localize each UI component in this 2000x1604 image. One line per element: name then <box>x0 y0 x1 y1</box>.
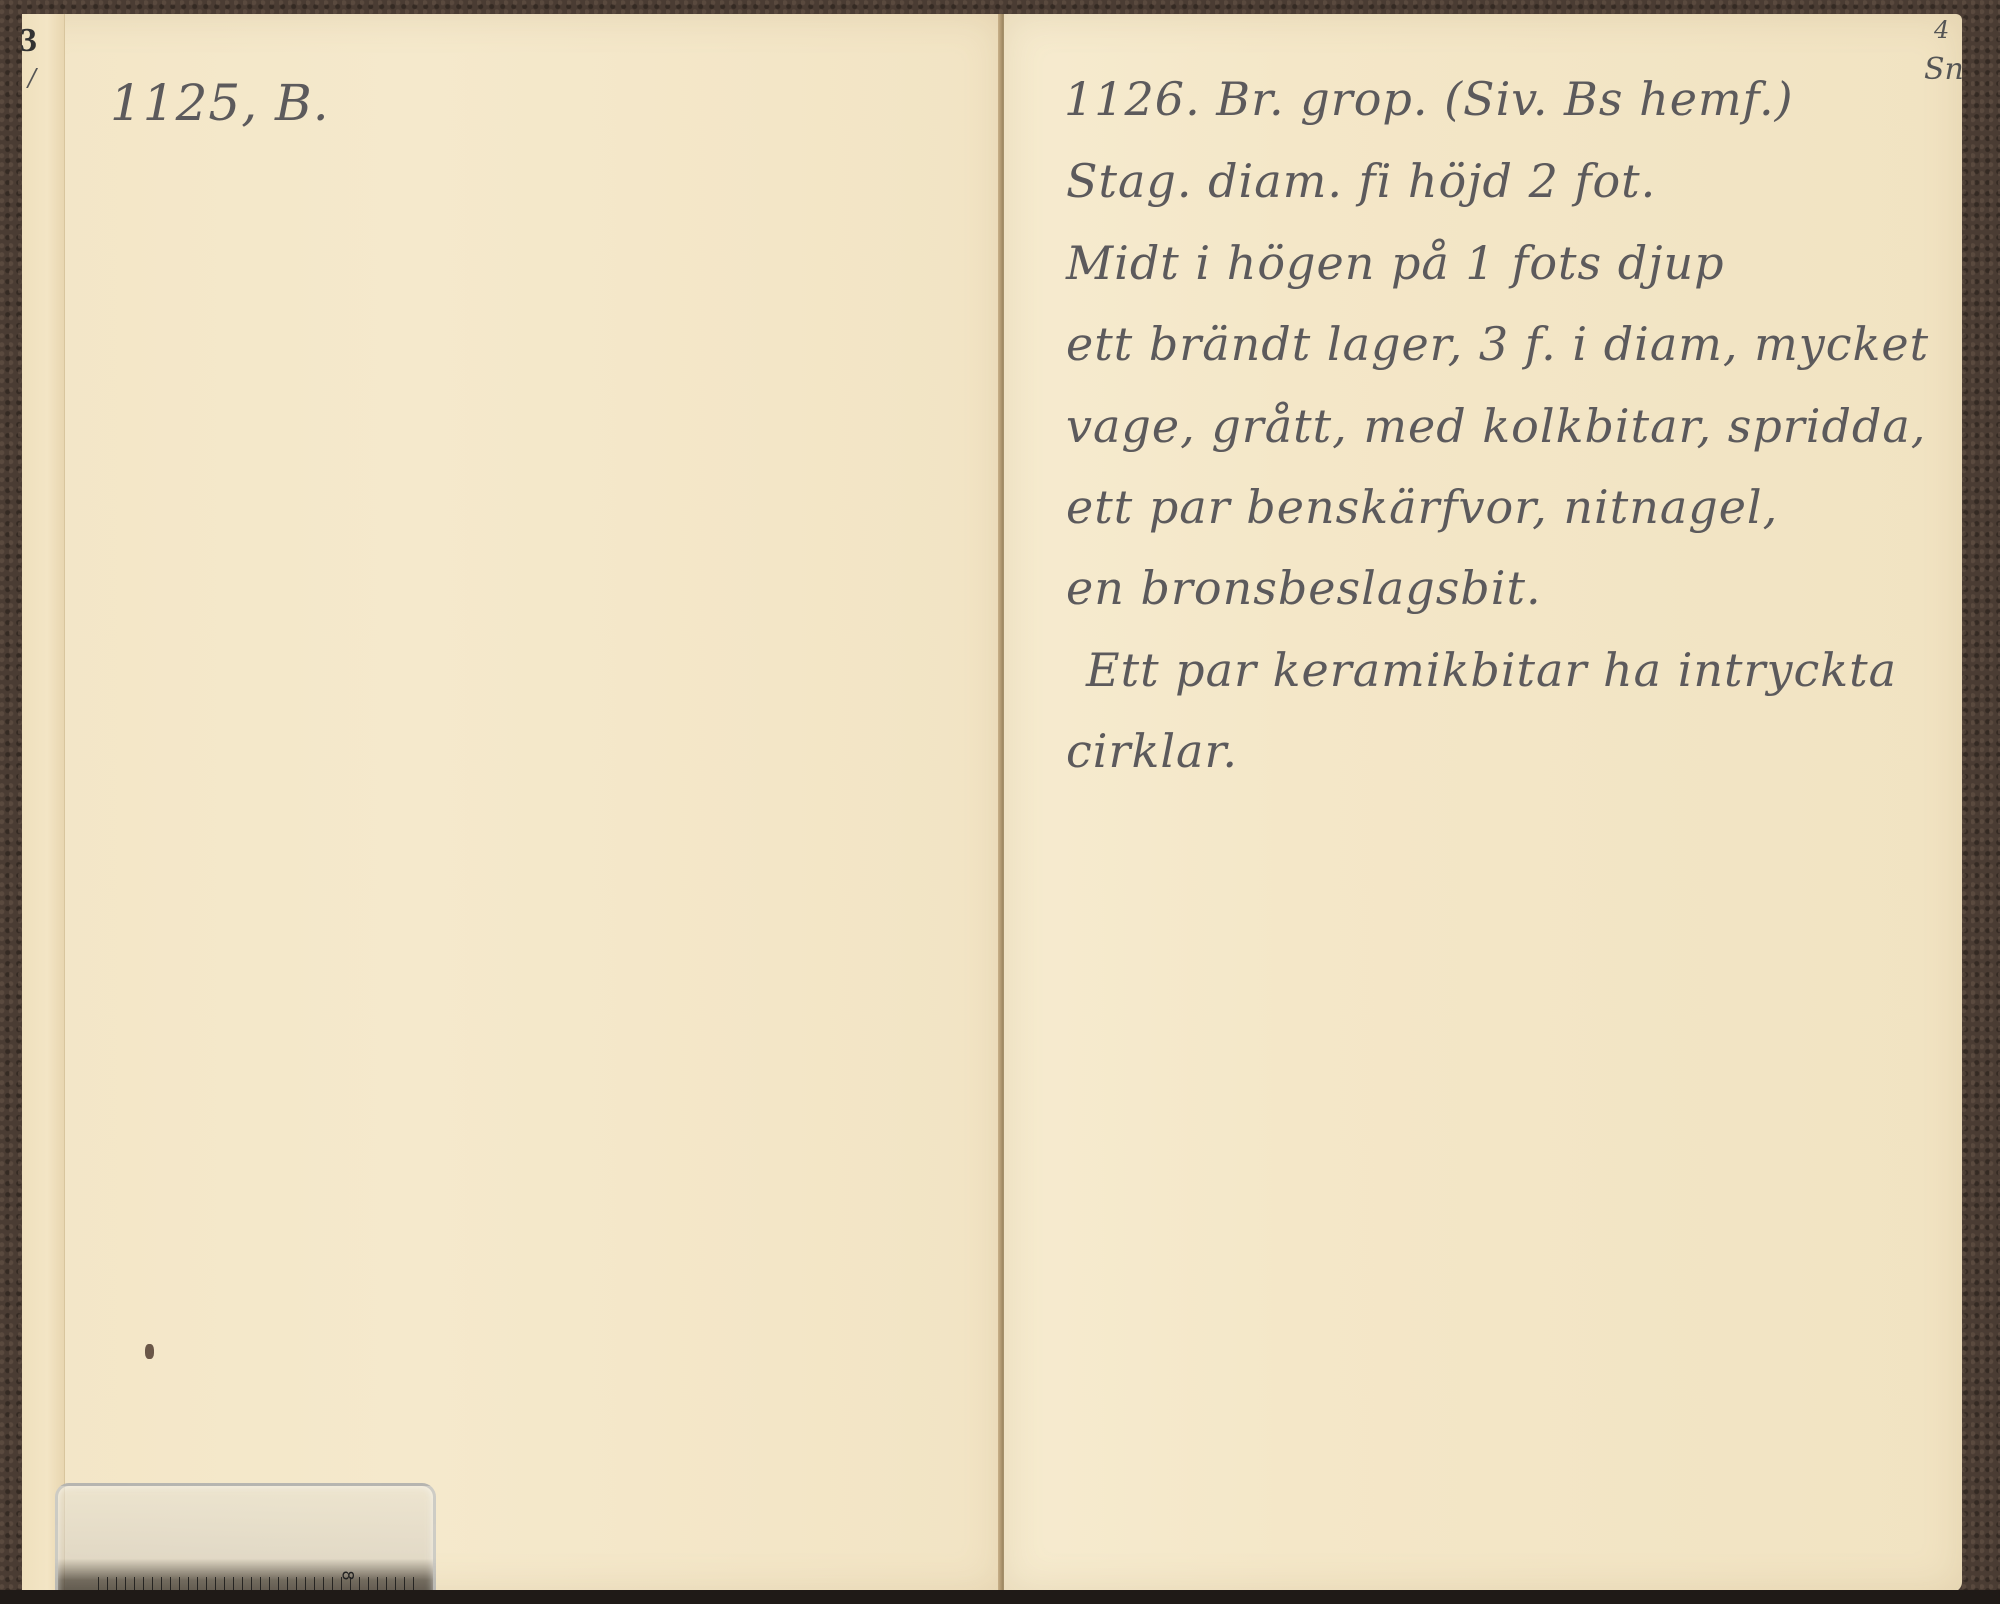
entry-line-2: Stag. diam. fi höjd 2 fot. <box>1066 154 1656 208</box>
entry-line-5: vage, grått, med kolkbitar, spridda, <box>1066 399 1926 453</box>
glass-ruler: 8 <box>55 1483 436 1604</box>
entry-1125: 1125, B. <box>110 74 330 132</box>
printed-page-number: 3 <box>20 22 37 60</box>
entry-line-8: Ett par keramikbitar ha intryckta <box>1086 643 1897 697</box>
ruler-marking: 8 <box>339 1570 358 1580</box>
right-page: 4 Sn 1126. Br. grop. (Siv. Bs hemf.) Sta… <box>1004 14 1962 1592</box>
ink-stain <box>145 1344 154 1359</box>
cover-edge <box>0 1590 2000 1604</box>
left-page: 3 / 1125, B. <box>22 14 1002 1592</box>
entry-line-1: 1126. Br. grop. (Siv. Bs hemf.) <box>1064 72 1794 126</box>
corner-annotation: Sn <box>1924 52 1964 87</box>
margin-mark: / <box>28 64 36 92</box>
entry-line-4: ett brändt lager, 3 f. i diam, mycket <box>1066 317 1929 371</box>
entry-line-3: Midt i högen på 1 fots djup <box>1066 236 1725 290</box>
entry-line-6: ett par benskärfvor, nitnagel, <box>1066 480 1778 534</box>
entry-line-9: cirklar. <box>1066 724 1238 778</box>
entry-line-7: en bronsbeslagsbit. <box>1066 561 1542 615</box>
page-number: 4 <box>1934 16 1949 44</box>
ruled-lines <box>64 14 1002 1592</box>
